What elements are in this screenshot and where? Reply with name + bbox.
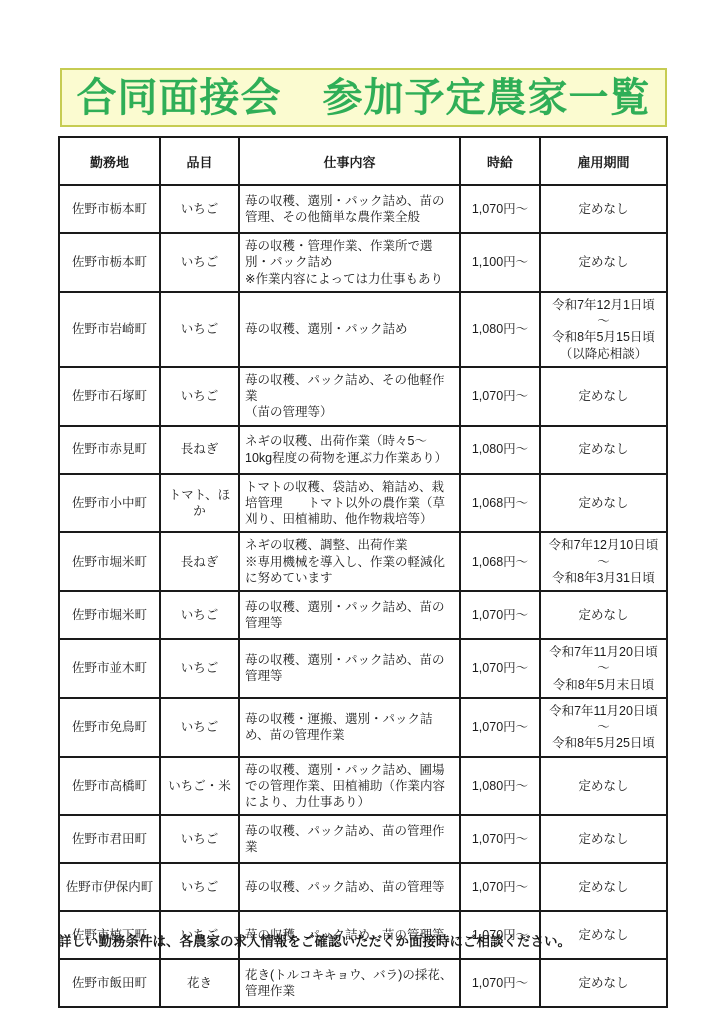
- cell-item: いちご: [160, 698, 239, 757]
- cell-wage: 1,070円～: [460, 185, 540, 233]
- farm-list-table: 勤務地 品目 仕事内容 時給 雇用期間 佐野市栃本町いちご苺の収穫、選別・パック…: [58, 136, 668, 1008]
- table-header: 勤務地 品目 仕事内容 時給 雇用期間: [59, 137, 667, 185]
- cell-wage: 1,080円～: [460, 292, 540, 367]
- cell-job: 苺の収穫、選別・パック詰め、苗の管理等: [239, 591, 460, 639]
- table-row: 佐野市栃本町いちご苺の収穫・管理作業、作業所で選別・パック詰め ※作業内容によっ…: [59, 233, 667, 292]
- cell-job: 苺の収穫、選別・パック詰め: [239, 292, 460, 367]
- page-title: 合同面接会 参加予定農家一覧: [77, 78, 651, 118]
- header-period: 雇用期間: [540, 137, 667, 185]
- cell-wage: 1,070円～: [460, 639, 540, 698]
- cell-item: トマト、ほか: [160, 474, 239, 533]
- cell-period: 定めなし: [540, 367, 667, 426]
- cell-wage: 1,070円～: [460, 591, 540, 639]
- header-wage: 時給: [460, 137, 540, 185]
- cell-job: 苺の収穫、パック詰め、苗の管理等: [239, 863, 460, 911]
- title-banner: 合同面接会 参加予定農家一覧: [60, 68, 667, 127]
- document-page: 合同面接会 参加予定農家一覧 勤務地 品目 仕事内容 時給 雇用期間 佐野市栃本…: [0, 0, 724, 1024]
- cell-item: いちご: [160, 233, 239, 292]
- cell-period: 令和7年12月10日頃～ 令和8年3月31日頃: [540, 532, 667, 591]
- cell-item: いちご: [160, 591, 239, 639]
- cell-item: 長ねぎ: [160, 426, 239, 474]
- cell-location: 佐野市免鳥町: [59, 698, 160, 757]
- cell-location: 佐野市栃本町: [59, 233, 160, 292]
- header-job: 仕事内容: [239, 137, 460, 185]
- cell-item: いちご: [160, 367, 239, 426]
- cell-period: 定めなし: [540, 959, 667, 1007]
- cell-wage: 1,070円～: [460, 959, 540, 1007]
- cell-item: いちご: [160, 185, 239, 233]
- table-row: 佐野市堀米町長ねぎネギの収穫、調整、出荷作業 ※専用機械を導入し、作業の軽減化に…: [59, 532, 667, 591]
- table-row: 佐野市小中町トマト、ほかトマトの収穫、袋詰め、箱詰め、栽培管理 トマト以外の農作…: [59, 474, 667, 533]
- cell-period: 定めなし: [540, 815, 667, 863]
- cell-job: 苺の収穫、パック詰め、その他軽作業 （苗の管理等）: [239, 367, 460, 426]
- cell-period: 令和7年11月20日頃～ 令和8年5月末日頃: [540, 639, 667, 698]
- cell-job: 苺の収穫、選別・パック詰め、苗の管理等: [239, 639, 460, 698]
- table-row: 佐野市飯田町花き花き(トルコキキョウ、バラ)の採花、管理作業1,070円～定めな…: [59, 959, 667, 1007]
- table-row: 佐野市岩崎町いちご苺の収穫、選別・パック詰め1,080円～令和7年12月1日頃～…: [59, 292, 667, 367]
- cell-location: 佐野市小中町: [59, 474, 160, 533]
- header-location: 勤務地: [59, 137, 160, 185]
- cell-job: 苺の収穫、パック詰め、苗の管理作業: [239, 815, 460, 863]
- cell-location: 佐野市伊保内町: [59, 863, 160, 911]
- cell-item: いちご: [160, 639, 239, 698]
- table-row: 佐野市赤見町長ねぎネギの収穫、出荷作業（時々5～10kg程度の荷物を運ぶ力作業あ…: [59, 426, 667, 474]
- cell-job: 苺の収穫、選別・パック詰め、圃場での管理作業、田植補助（作業内容により、力仕事あ…: [239, 757, 460, 816]
- cell-period: 定めなし: [540, 591, 667, 639]
- cell-period: 定めなし: [540, 474, 667, 533]
- cell-location: 佐野市岩崎町: [59, 292, 160, 367]
- cell-wage: 1,070円～: [460, 863, 540, 911]
- table-row: 佐野市免鳥町いちご苺の収穫・運搬、選別・パック詰め、苗の管理作業1,070円～令…: [59, 698, 667, 757]
- cell-job: 苺の収穫・管理作業、作業所で選別・パック詰め ※作業内容によっては力仕事もあり: [239, 233, 460, 292]
- cell-location: 佐野市君田町: [59, 815, 160, 863]
- cell-location: 佐野市堀米町: [59, 591, 160, 639]
- table-row: 佐野市栃本町いちご苺の収穫、選別・パック詰め、苗の管理、その他簡単な農作業全般1…: [59, 185, 667, 233]
- cell-period: 令和7年11月20日頃～ 令和8年5月25日頃: [540, 698, 667, 757]
- cell-job: 苺の収穫、選別・パック詰め、苗の管理、その他簡単な農作業全般: [239, 185, 460, 233]
- cell-job: ネギの収穫、出荷作業（時々5～10kg程度の荷物を運ぶ力作業あり）: [239, 426, 460, 474]
- cell-period: 定めなし: [540, 233, 667, 292]
- table-row: 佐野市並木町いちご苺の収穫、選別・パック詰め、苗の管理等1,070円～令和7年1…: [59, 639, 667, 698]
- cell-location: 佐野市並木町: [59, 639, 160, 698]
- table-row: 佐野市君田町いちご苺の収穫、パック詰め、苗の管理作業1,070円～定めなし: [59, 815, 667, 863]
- cell-location: 佐野市栃本町: [59, 185, 160, 233]
- cell-period: 令和7年12月1日頃～ 令和8年5月15日頃 （以降応相談）: [540, 292, 667, 367]
- cell-location: 佐野市赤見町: [59, 426, 160, 474]
- cell-item: いちご: [160, 292, 239, 367]
- footer-note: 詳しい勤務条件は、各農家の求人情報をご確認いただくか面接時にご相談ください。: [58, 930, 571, 950]
- cell-wage: 1,068円～: [460, 474, 540, 533]
- cell-item: いちご・米: [160, 757, 239, 816]
- cell-location: 佐野市高橋町: [59, 757, 160, 816]
- cell-wage: 1,080円～: [460, 426, 540, 474]
- table-row: 佐野市高橋町いちご・米苺の収穫、選別・パック詰め、圃場での管理作業、田植補助（作…: [59, 757, 667, 816]
- cell-location: 佐野市堀米町: [59, 532, 160, 591]
- cell-job: 苺の収穫・運搬、選別・パック詰め、苗の管理作業: [239, 698, 460, 757]
- cell-wage: 1,070円～: [460, 698, 540, 757]
- cell-period: 定めなし: [540, 863, 667, 911]
- table-row: 佐野市伊保内町いちご苺の収穫、パック詰め、苗の管理等1,070円～定めなし: [59, 863, 667, 911]
- table-row: 佐野市堀米町いちご苺の収穫、選別・パック詰め、苗の管理等1,070円～定めなし: [59, 591, 667, 639]
- cell-period: 定めなし: [540, 426, 667, 474]
- cell-wage: 1,070円～: [460, 815, 540, 863]
- cell-wage: 1,100円～: [460, 233, 540, 292]
- cell-item: 花き: [160, 959, 239, 1007]
- cell-item: いちご: [160, 863, 239, 911]
- cell-wage: 1,068円～: [460, 532, 540, 591]
- cell-period: 定めなし: [540, 757, 667, 816]
- cell-location: 佐野市飯田町: [59, 959, 160, 1007]
- cell-job: トマトの収穫、袋詰め、箱詰め、栽培管理 トマト以外の農作業（草刈り、田植補助、他…: [239, 474, 460, 533]
- cell-period: 定めなし: [540, 185, 667, 233]
- cell-location: 佐野市石塚町: [59, 367, 160, 426]
- farm-table-body: 佐野市栃本町いちご苺の収穫、選別・パック詰め、苗の管理、その他簡単な農作業全般1…: [59, 185, 667, 1007]
- cell-item: いちご: [160, 815, 239, 863]
- header-item: 品目: [160, 137, 239, 185]
- cell-wage: 1,070円～: [460, 367, 540, 426]
- cell-job: 花き(トルコキキョウ、バラ)の採花、管理作業: [239, 959, 460, 1007]
- header-row: 勤務地 品目 仕事内容 時給 雇用期間: [59, 137, 667, 185]
- cell-wage: 1,080円～: [460, 757, 540, 816]
- cell-item: 長ねぎ: [160, 532, 239, 591]
- table-row: 佐野市石塚町いちご苺の収穫、パック詰め、その他軽作業 （苗の管理等）1,070円…: [59, 367, 667, 426]
- cell-job: ネギの収穫、調整、出荷作業 ※専用機械を導入し、作業の軽減化に努めています: [239, 532, 460, 591]
